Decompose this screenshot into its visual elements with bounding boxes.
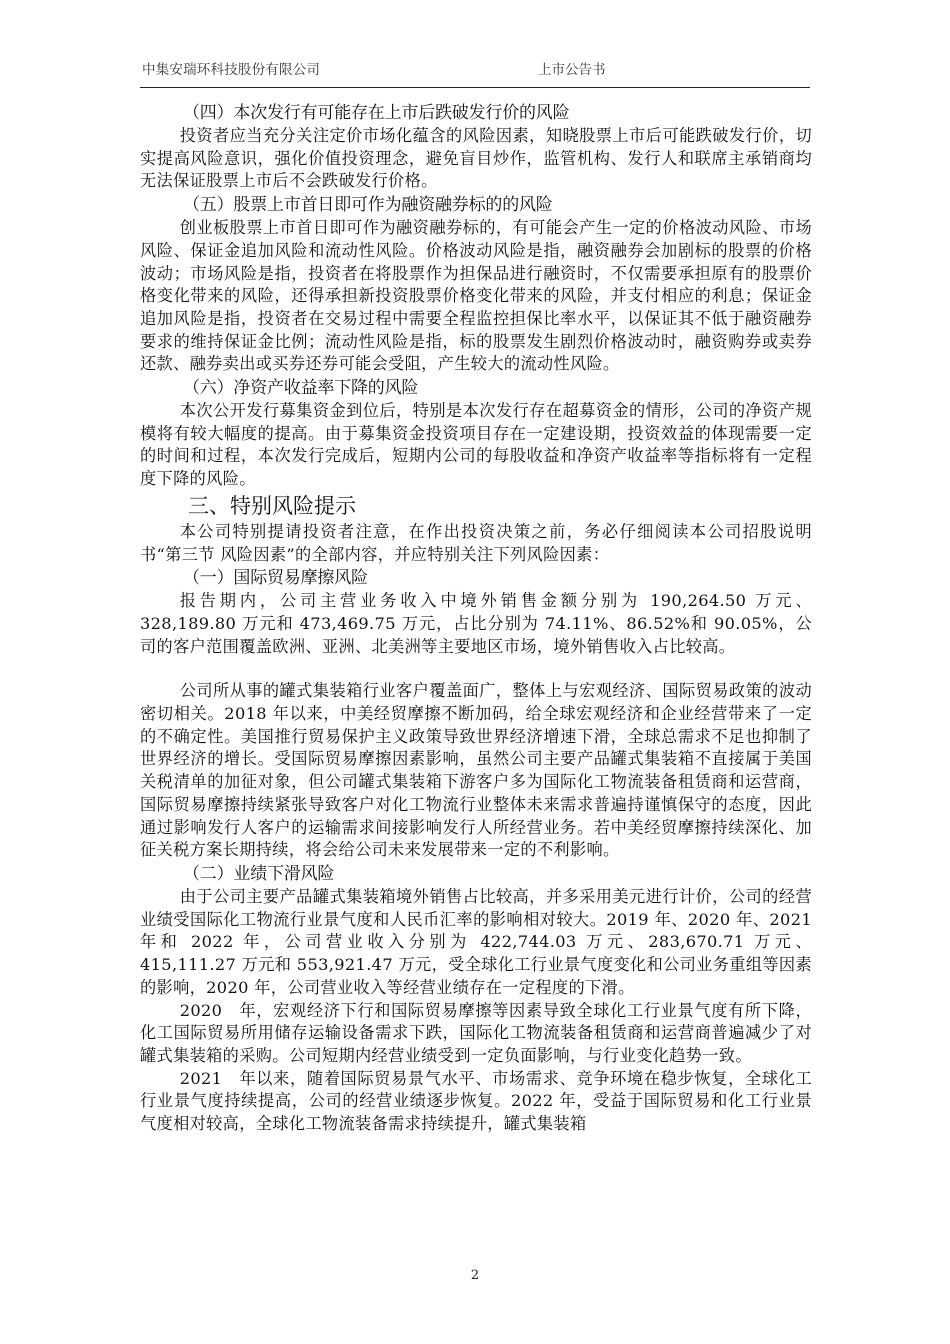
paragraph-trade-friction-detail: 公司所从事的罐式集装箱行业客户覆盖面广，整体上与宏观经济、国际贸易政策的波动密切… xyxy=(140,680,812,862)
header-divider xyxy=(140,87,810,88)
paragraph-trade-friction-overseas-sales: 报告期内，公司主营业务收入中境外销售金额分别为 190,264.50 万元、32… xyxy=(140,590,812,658)
section-title-issue-price-risk: （四）本次发行有可能存在上市后跌破发行价的风险 xyxy=(140,101,812,125)
paragraph-margin-trading-risk: 创业板股票上市首日即可作为融资融券标的，有可能会产生一定的价格波动风险、市场风险… xyxy=(140,217,812,376)
paragraph-performance-2020: 2020 年，宏观经济下行和国际贸易摩擦等因素导致全球化工行业景气度有所下降，化… xyxy=(140,1000,812,1068)
document-body: （四）本次发行有可能存在上市后跌破发行价的风险 投资者应当充分关注定价市场化蕴含… xyxy=(140,101,812,1136)
paragraph-roe-decline-risk: 本次公开发行募集资金到位后，特别是本次发行存在超募资金的情形，公司的净资产规模将… xyxy=(140,400,812,491)
paragraph-special-risk-intro: 本公司特别提请投资者注意，在作出投资决策之前，务必仔细阅读本公司招股说明书“第三… xyxy=(140,521,812,566)
page-header: 中集安瑞环科技股份有限公司 上市公告书 xyxy=(142,58,810,78)
paragraph-performance-2021: 2021 年以来，随着国际贸易景气水平、市场需求、竞争环境在稳步恢复，全球化工行… xyxy=(140,1068,812,1136)
header-company-name: 中集安瑞环科技股份有限公司 xyxy=(142,58,320,78)
paragraph-performance-revenue: 由于公司主要产品罐式集装箱境外销售占比较高，并多采用美元进行计价，公司的经营业绩… xyxy=(140,886,812,1000)
section-title-roe-decline-risk: （六）净资产收益率下降的风险 xyxy=(140,376,812,400)
paragraph-issue-price-risk: 投资者应当充分关注定价市场化蕴含的风险因素，知晓股票上市后可能跌破发行价，切实提… xyxy=(140,125,812,193)
part-title-special-risk: 三、特别风险提示 xyxy=(140,491,812,521)
section-title-performance-decline-risk: （二）业绩下滑风险 xyxy=(140,862,812,886)
header-document-type: 上市公告书 xyxy=(538,58,606,78)
section-title-margin-trading-risk: （五）股票上市首日即可作为融资融券标的的风险 xyxy=(140,193,812,217)
section-title-trade-friction-risk: （一）国际贸易摩擦风险 xyxy=(140,566,812,590)
page-number: 2 xyxy=(0,1268,950,1283)
